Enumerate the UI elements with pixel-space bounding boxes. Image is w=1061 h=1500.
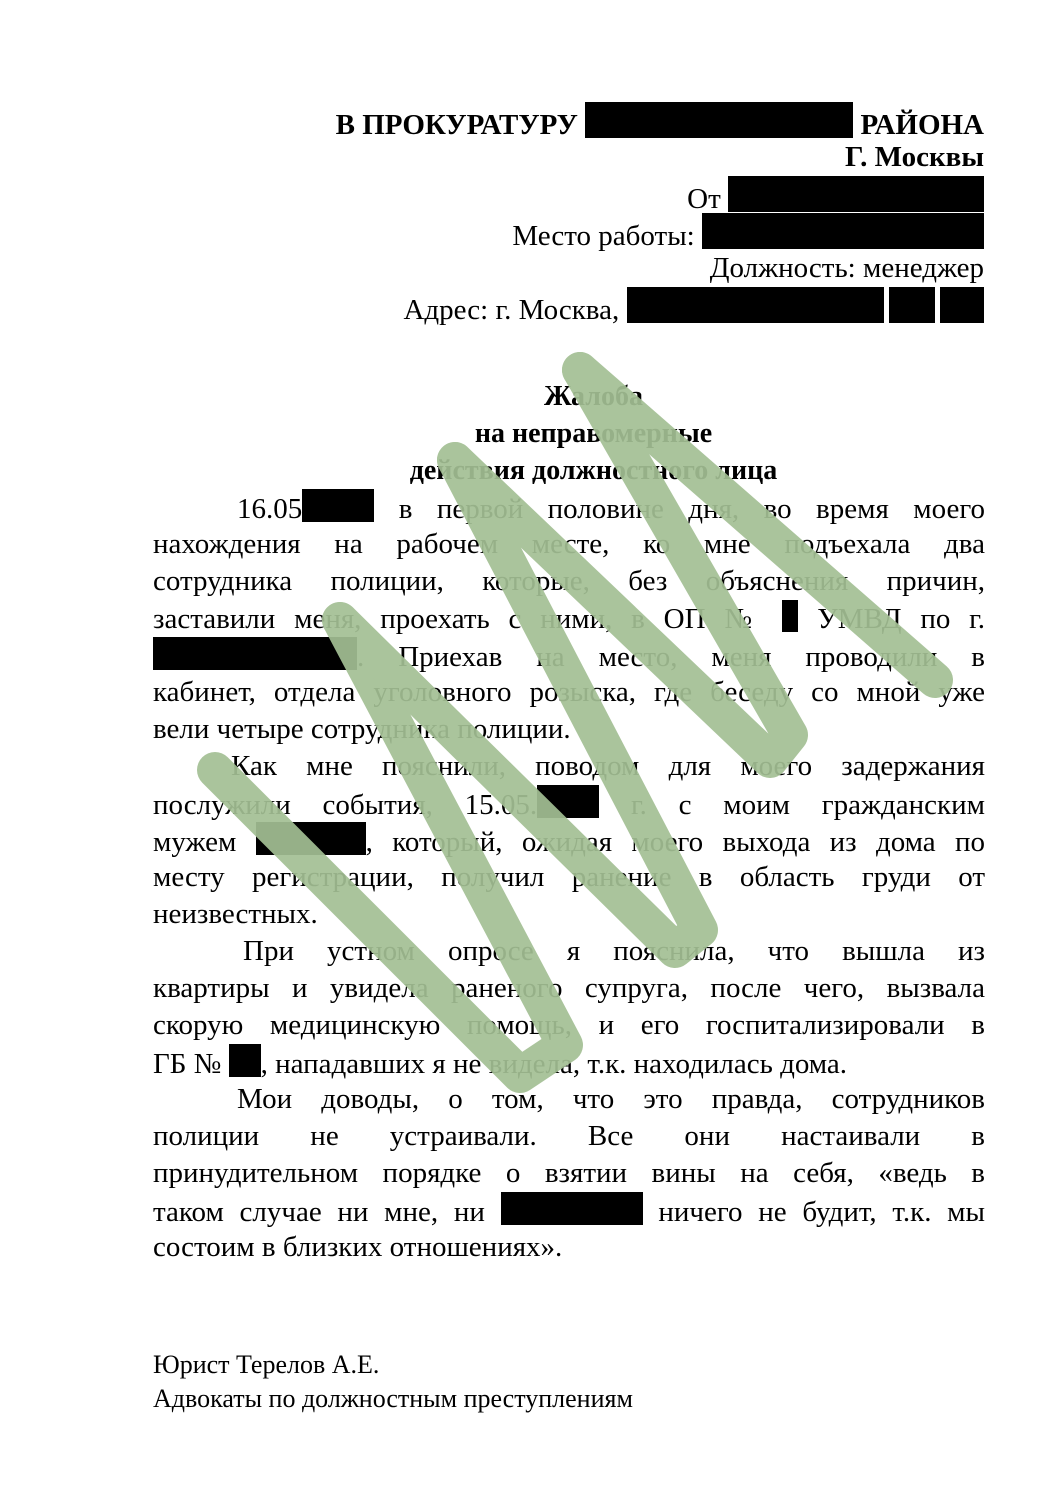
document-title: Жалоба: [0, 378, 1061, 415]
text-segment: ничего не будит, т.к. мы: [658, 1196, 985, 1228]
signature-name: Юрист Терелов А.Е.: [153, 1348, 379, 1382]
text-segment: г. с моим гражданским: [599, 789, 985, 821]
sender-line: От: [687, 176, 984, 218]
text-segment: ГБ №: [153, 1048, 221, 1080]
redacted-station-number: [782, 600, 798, 632]
paragraph-1-line: сотрудника полиции, которые, без объясне…: [153, 563, 985, 600]
addressee-line: В ПРОКУРАТУРУ РАЙОНА: [336, 102, 984, 144]
paragraph-3-line: При устном опросе я пояснила, что вышла …: [153, 933, 985, 970]
paragraph-1-line: вели четыре сотрудника полиции.: [153, 711, 985, 748]
paragraph-1-line: нахождения на рабочем месте, ко мне подъ…: [153, 526, 985, 563]
redacted-hospital-number: [229, 1044, 261, 1077]
date-text: 16.05: [237, 493, 302, 525]
sender-label: От: [687, 183, 721, 215]
text-segment: мужем: [153, 826, 236, 858]
paragraph-1-line: . Приехав на место, меня проводили в: [153, 637, 985, 674]
redacted-year: [302, 489, 374, 522]
paragraph-3-line: ГБ № , нападавших я не видела, т.к. нахо…: [153, 1044, 985, 1081]
redacted-city: [153, 637, 357, 670]
address-label: Адрес: г. Москва,: [403, 294, 619, 326]
paragraph-2-line: неизвестных.: [153, 896, 985, 933]
document-subtitle-1: на неправомерные: [0, 415, 1061, 452]
paragraph-3-line: квартиры и увидела раненого супруга, пос…: [153, 970, 985, 1007]
redacted-house: [889, 287, 935, 323]
addressee-prefix: В ПРОКУРАТУРУ: [336, 109, 578, 141]
text-segment: , нападавших я не видела, т.к. находилас…: [261, 1048, 847, 1080]
workplace-line: Место работы:: [512, 213, 984, 255]
addressee-suffix: РАЙОНА: [860, 109, 984, 141]
paragraph-1-line: 16.05 в первой половине дня, во время мо…: [153, 489, 985, 526]
paragraph-1-line: кабинет, отдела уголовного розыска, где …: [153, 674, 985, 711]
paragraph-2-line: мужем , который, ожидая моего выхода из …: [153, 822, 985, 859]
text-segment: послужили события, 15.05.: [153, 789, 537, 821]
text-segment: . Приехав на место, меня проводили в: [357, 641, 985, 673]
text-segment: , который, ожидая моего выхода из дома п…: [366, 826, 985, 858]
text-segment: таком случае ни мне, ни: [153, 1196, 485, 1228]
paragraph-1-line: заставили меня, проехать с ними, в ОП № …: [153, 600, 985, 637]
position-line: Должность: менеджер: [710, 250, 984, 287]
paragraph-2-line: Как мне пояснили, поводом для моего заде…: [153, 748, 985, 785]
paragraph-2-line: месту регистрации, получил ранение в обл…: [153, 859, 985, 896]
paragraph-2-line: послужили события, 15.05. г. с моим граж…: [153, 785, 985, 822]
redacted-workplace: [702, 213, 984, 249]
redacted-year: [537, 785, 599, 818]
document-subtitle-2: действия должностного лица: [0, 452, 1061, 489]
paragraph-4-line: принудительном порядке о взятии вины на …: [153, 1155, 985, 1192]
paragraph-4-line: Мои доводы, о том, что это правда, сотру…: [153, 1081, 985, 1118]
redacted-sender-name: [728, 176, 984, 212]
text-segment: заставили меня, проехать с ними, в ОП №: [153, 603, 764, 635]
paragraph-4-line: состоим в близких отношениях».: [153, 1229, 985, 1266]
redacted-name: [501, 1192, 643, 1225]
text-segment: в первой половине дня, во время моего: [374, 493, 985, 525]
paragraph-3-line: скорую медицинскую помощь, и его госпита…: [153, 1007, 985, 1044]
address-line: Адрес: г. Москва,: [403, 287, 984, 329]
redacted-street: [627, 287, 884, 323]
paragraph-4-line: полиции не устраивали. Все они настаивал…: [153, 1118, 985, 1155]
document-page: В ПРОКУРАТУРУ РАЙОНА Г. Москвы От Место …: [0, 0, 1061, 1500]
redacted-district: [585, 102, 853, 138]
redacted-husband-name: [256, 822, 366, 855]
paragraph-4-line: таком случае ни мне, ни ничего не будит,…: [153, 1192, 985, 1229]
text-segment: УМВД по г.: [817, 603, 985, 635]
addressee-city: Г. Москвы: [845, 139, 984, 176]
complaint-body: 16.05 в первой половине дня, во время мо…: [153, 489, 985, 1266]
redacted-apartment: [940, 287, 984, 323]
signature-organization: Адвокаты по должностным преступлениям: [153, 1382, 633, 1416]
workplace-label: Место работы:: [512, 220, 694, 252]
